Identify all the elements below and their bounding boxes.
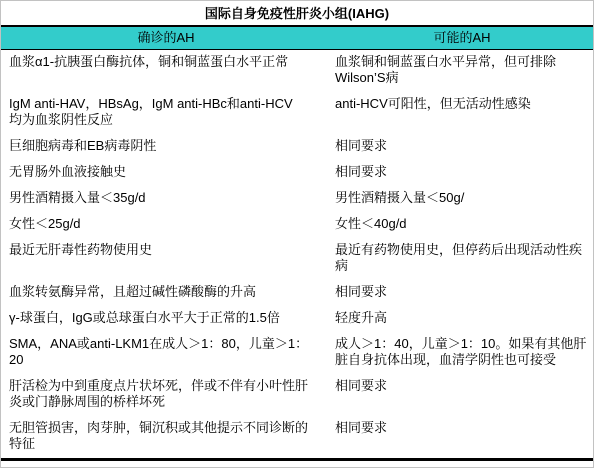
cell-probable-ah: 相同要求 — [331, 416, 593, 458]
cell-probable-ah: 相同要求 — [331, 160, 593, 186]
cell-probable-ah: 血浆铜和铜蓝蛋白水平异常，但可排除 Wilson’S病 — [331, 50, 593, 92]
table-row: 男性酒精摄入量＜35g/d 男性酒精摄入量＜50g/ — [1, 186, 593, 212]
cell-definite-ah: IgM anti-HAV，HBsAg，IgM anti-HBc和anti-HCV… — [1, 92, 331, 134]
table-row: 无胆管损害，肉芽肿，铜沉积或其他提示不同诊断的 特征 相同要求 — [1, 416, 593, 458]
column-header-definite-ah: 确诊的AH — [1, 27, 331, 49]
cell-definite-ah: 最近无肝毒性药物使用史 — [1, 238, 331, 280]
cell-definite-ah: 巨细胞病毒和EB病毒阴性 — [1, 134, 331, 160]
table-row: 血浆转氨酶异常，且超过碱性磷酸酶的升高 相同要求 — [1, 280, 593, 306]
document-page: 国际自身免疫性肝炎小组(IAHG) 确诊的AH 可能的AH 血浆α1-抗胰蛋白酶… — [0, 0, 594, 468]
table-row: 女性＜25g/d 女性＜40g/d — [1, 212, 593, 238]
cell-probable-ah: 轻度升高 — [331, 306, 593, 332]
cell-probable-ah: 相同要求 — [331, 280, 593, 306]
cell-definite-ah: 女性＜25g/d — [1, 212, 331, 238]
cell-probable-ah: anti-HCV可阳性，但无活动性感染 — [331, 92, 593, 134]
page-title: 国际自身免疫性肝炎小组(IAHG) — [1, 1, 593, 25]
table-row: 肝活检为中到重度点片状坏死，伴或不伴有小叶性肝 炎或门静脉周围的桥样坏死 相同要… — [1, 374, 593, 416]
cell-probable-ah: 成人＞1：40，儿童＞1：10。如果有其他肝 脏自身抗体出现，血清学阴性也可接受 — [331, 332, 593, 374]
cell-definite-ah: 无胆管损害，肉芽肿，铜沉积或其他提示不同诊断的 特征 — [1, 416, 331, 458]
cell-definite-ah: 无胃肠外血液接触史 — [1, 160, 331, 186]
table-row: 无胃肠外血液接触史 相同要求 — [1, 160, 593, 186]
table-row: 血浆α1-抗胰蛋白酶抗体，铜和铜蓝蛋白水平正常 血浆铜和铜蓝蛋白水平异常，但可排… — [1, 50, 593, 92]
cell-probable-ah: 最近有药物使用史，但停药后出现活动性疾 病 — [331, 238, 593, 280]
table-body: 血浆α1-抗胰蛋白酶抗体，铜和铜蓝蛋白水平正常 血浆铜和铜蓝蛋白水平异常，但可排… — [1, 50, 593, 461]
cell-probable-ah: 相同要求 — [331, 374, 593, 416]
table-row: SMA，ANA或anti-LKM1在成人＞1：80，儿童＞1： 20 成人＞1：… — [1, 332, 593, 374]
cell-definite-ah: 肝活检为中到重度点片状坏死，伴或不伴有小叶性肝 炎或门静脉周围的桥样坏死 — [1, 374, 331, 416]
table-row: 最近无肝毒性药物使用史 最近有药物使用史，但停药后出现活动性疾 病 — [1, 238, 593, 280]
table-row: IgM anti-HAV，HBsAg，IgM anti-HBc和anti-HCV… — [1, 92, 593, 134]
cell-definite-ah: 血浆α1-抗胰蛋白酶抗体，铜和铜蓝蛋白水平正常 — [1, 50, 331, 92]
criteria-table: 确诊的AH 可能的AH 血浆α1-抗胰蛋白酶抗体，铜和铜蓝蛋白水平正常 血浆铜和… — [1, 25, 593, 461]
table-row: 巨细胞病毒和EB病毒阴性 相同要求 — [1, 134, 593, 160]
cell-probable-ah: 相同要求 — [331, 134, 593, 160]
table-row: γ-球蛋白，IgG或总球蛋白水平大于正常的1.5倍 轻度升高 — [1, 306, 593, 332]
table-header-row: 确诊的AH 可能的AH — [1, 25, 593, 50]
column-header-probable-ah: 可能的AH — [331, 27, 593, 49]
cell-probable-ah: 女性＜40g/d — [331, 212, 593, 238]
cell-definite-ah: 血浆转氨酶异常，且超过碱性磷酸酶的升高 — [1, 280, 331, 306]
cell-definite-ah: γ-球蛋白，IgG或总球蛋白水平大于正常的1.5倍 — [1, 306, 331, 332]
cell-definite-ah: SMA，ANA或anti-LKM1在成人＞1：80，儿童＞1： 20 — [1, 332, 331, 374]
cell-definite-ah: 男性酒精摄入量＜35g/d — [1, 186, 331, 212]
cell-probable-ah: 男性酒精摄入量＜50g/ — [331, 186, 593, 212]
